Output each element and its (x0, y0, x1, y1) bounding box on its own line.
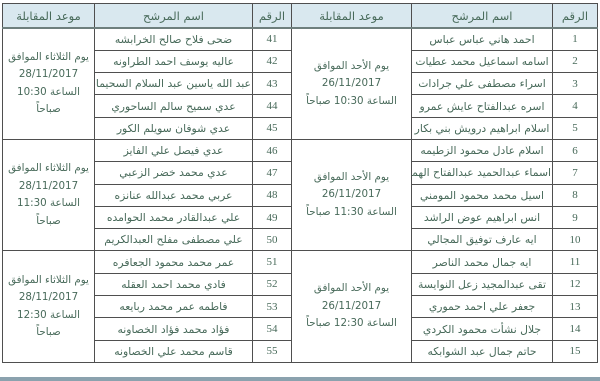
interview-date-cell: يوم الثلاثاء الموافق 28/11/2017 الساعة 1… (3, 251, 95, 362)
candidate-name: اسماء عبدالحميد عبدالفتاح الهمشري (412, 162, 553, 184)
table-row: 51 عمر محمد محمود الجعافره يوم الثلاثاء … (3, 251, 292, 273)
page-bottom-edge (0, 377, 600, 381)
candidate-name: عمر محمد محمود الجعافره (95, 251, 253, 273)
candidate-name: عربي محمد عبدالله عنانزه (95, 184, 253, 206)
candidate-name: ضحى فلاح صالح الخرابشه (95, 28, 253, 50)
candidate-name: قاسم محمد علي الخصاونه (95, 340, 253, 362)
candidate-name: احمد هاني عباس عباس (412, 28, 553, 50)
candidate-name: علي عبدالقادر محمد الحوامده (95, 206, 253, 228)
candidate-name: عبد الله ياسين عبد السلام السحيمات (95, 73, 253, 95)
candidate-name: فادي محمد احمد العقله (95, 273, 253, 295)
candidate-number: 5 (553, 117, 598, 139)
candidate-number: 15 (553, 340, 598, 362)
column-header-number: الرقم (553, 4, 598, 29)
column-header-candidate-name: اسم المرشح (95, 4, 253, 29)
candidate-number: 12 (553, 273, 598, 295)
candidate-number: 13 (553, 296, 598, 318)
candidate-number: 53 (253, 296, 292, 318)
candidate-number: 9 (553, 206, 598, 228)
candidate-number: 50 (253, 229, 292, 251)
interview-schedule-table-right: الرقم اسم المرشح موعد المقابلة 1 احمد ها… (291, 3, 598, 363)
candidate-name: جلال نشأت محمود الكردي (412, 318, 553, 340)
column-header-candidate-name: اسم المرشح (412, 4, 553, 29)
candidate-name: اسامه اسماعيل محمد عطيات (412, 50, 553, 72)
candidate-number: 4 (553, 95, 598, 117)
candidate-number: 43 (253, 73, 292, 95)
column-header-number: الرقم (253, 4, 292, 29)
candidate-number: 51 (253, 251, 292, 273)
column-header-interview-date: موعد المقابلة (292, 4, 412, 29)
column-header-interview-date: موعد المقابلة (3, 4, 95, 29)
interview-schedule-table-left: الرقم اسم المرشح موعد المقابلة 41 ضحى فل… (2, 3, 292, 363)
candidate-name: تقى عبدالمجيد زعل النوايسة (412, 273, 553, 295)
candidate-name: اسلام عادل محمود الزطيمه (412, 139, 553, 161)
candidate-number: 52 (253, 273, 292, 295)
candidate-number: 2 (553, 50, 598, 72)
candidate-name: فاطمه عمر محمد ربايعه (95, 296, 253, 318)
interview-date-cell: يوم الأحد الموافق 26/11/2017 الساعة 11:3… (292, 139, 412, 250)
candidate-number: 42 (253, 50, 292, 72)
candidate-number: 6 (553, 139, 598, 161)
candidate-name: عدي محمد خضر الزعبي (95, 162, 253, 184)
candidate-name: فؤاد محمد فؤاد الخصاونه (95, 318, 253, 340)
candidate-name: عدي فيصل علي الفايز (95, 139, 253, 161)
candidate-name: حاتم جمال عبد الشوابكه (412, 340, 553, 362)
candidate-number: 44 (253, 95, 292, 117)
candidate-number: 7 (553, 162, 598, 184)
table-row: 46 عدي فيصل علي الفايز يوم الثلاثاء المو… (3, 139, 292, 161)
candidate-name: انس ابراهيم عوض الراشد (412, 206, 553, 228)
interview-date-cell: يوم الثلاثاء الموافق 28/11/2017 الساعة 1… (3, 139, 95, 250)
candidate-number: 55 (253, 340, 292, 362)
candidate-name: عاليه يوسف احمد الطراونه (95, 50, 253, 72)
candidate-name: عدي سميح سالم الساحوري (95, 95, 253, 117)
candidate-name: اسراء مصطفى علي جرادات (412, 73, 553, 95)
candidate-number: 47 (253, 162, 292, 184)
candidate-name: اسلام ابراهيم درويش بني بكار (412, 117, 553, 139)
candidate-number: 8 (553, 184, 598, 206)
candidate-name: جعفر علي احمد حموري (412, 296, 553, 318)
candidate-name: اسيل محمد محمود المومني (412, 184, 553, 206)
candidate-name: عدي شوفان سويلم الكور (95, 117, 253, 139)
interview-date-cell: يوم الأحد الموافق 26/11/2017 الساعة 12:3… (292, 251, 412, 362)
candidate-name: اسره عبدالفتاح عايش عمرو (412, 95, 553, 117)
candidate-name: علي مصطفى مفلح العبدالكريم (95, 229, 253, 251)
candidate-number: 1 (553, 28, 598, 50)
candidate-number: 3 (553, 73, 598, 95)
candidate-number: 14 (553, 318, 598, 340)
candidate-number: 54 (253, 318, 292, 340)
candidate-name: ايه جمال محمد الناصر (412, 251, 553, 273)
candidate-number: 41 (253, 28, 292, 50)
table-row: 6 اسلام عادل محمود الزطيمه يوم الأحد الم… (292, 139, 598, 161)
candidate-number: 49 (253, 206, 292, 228)
candidate-number: 46 (253, 139, 292, 161)
interview-date-cell: يوم الأحد الموافق 26/11/2017 الساعة 10:3… (292, 28, 412, 139)
document-page: الرقم اسم المرشح موعد المقابلة 1 احمد ها… (0, 0, 600, 381)
candidate-number: 11 (553, 251, 598, 273)
candidate-number: 10 (553, 229, 598, 251)
table-row: 11 ايه جمال محمد الناصر يوم الأحد المواف… (292, 251, 598, 273)
interview-date-cell: يوم الثلاثاء الموافق 28/11/2017 الساعة 1… (3, 28, 95, 139)
candidate-number: 45 (253, 117, 292, 139)
table-row: 1 احمد هاني عباس عباس يوم الأحد الموافق … (292, 28, 598, 50)
table-row: 41 ضحى فلاح صالح الخرابشه يوم الثلاثاء ا… (3, 28, 292, 50)
candidate-name: ايه عارف توفيق المجالي (412, 229, 553, 251)
candidate-number: 48 (253, 184, 292, 206)
